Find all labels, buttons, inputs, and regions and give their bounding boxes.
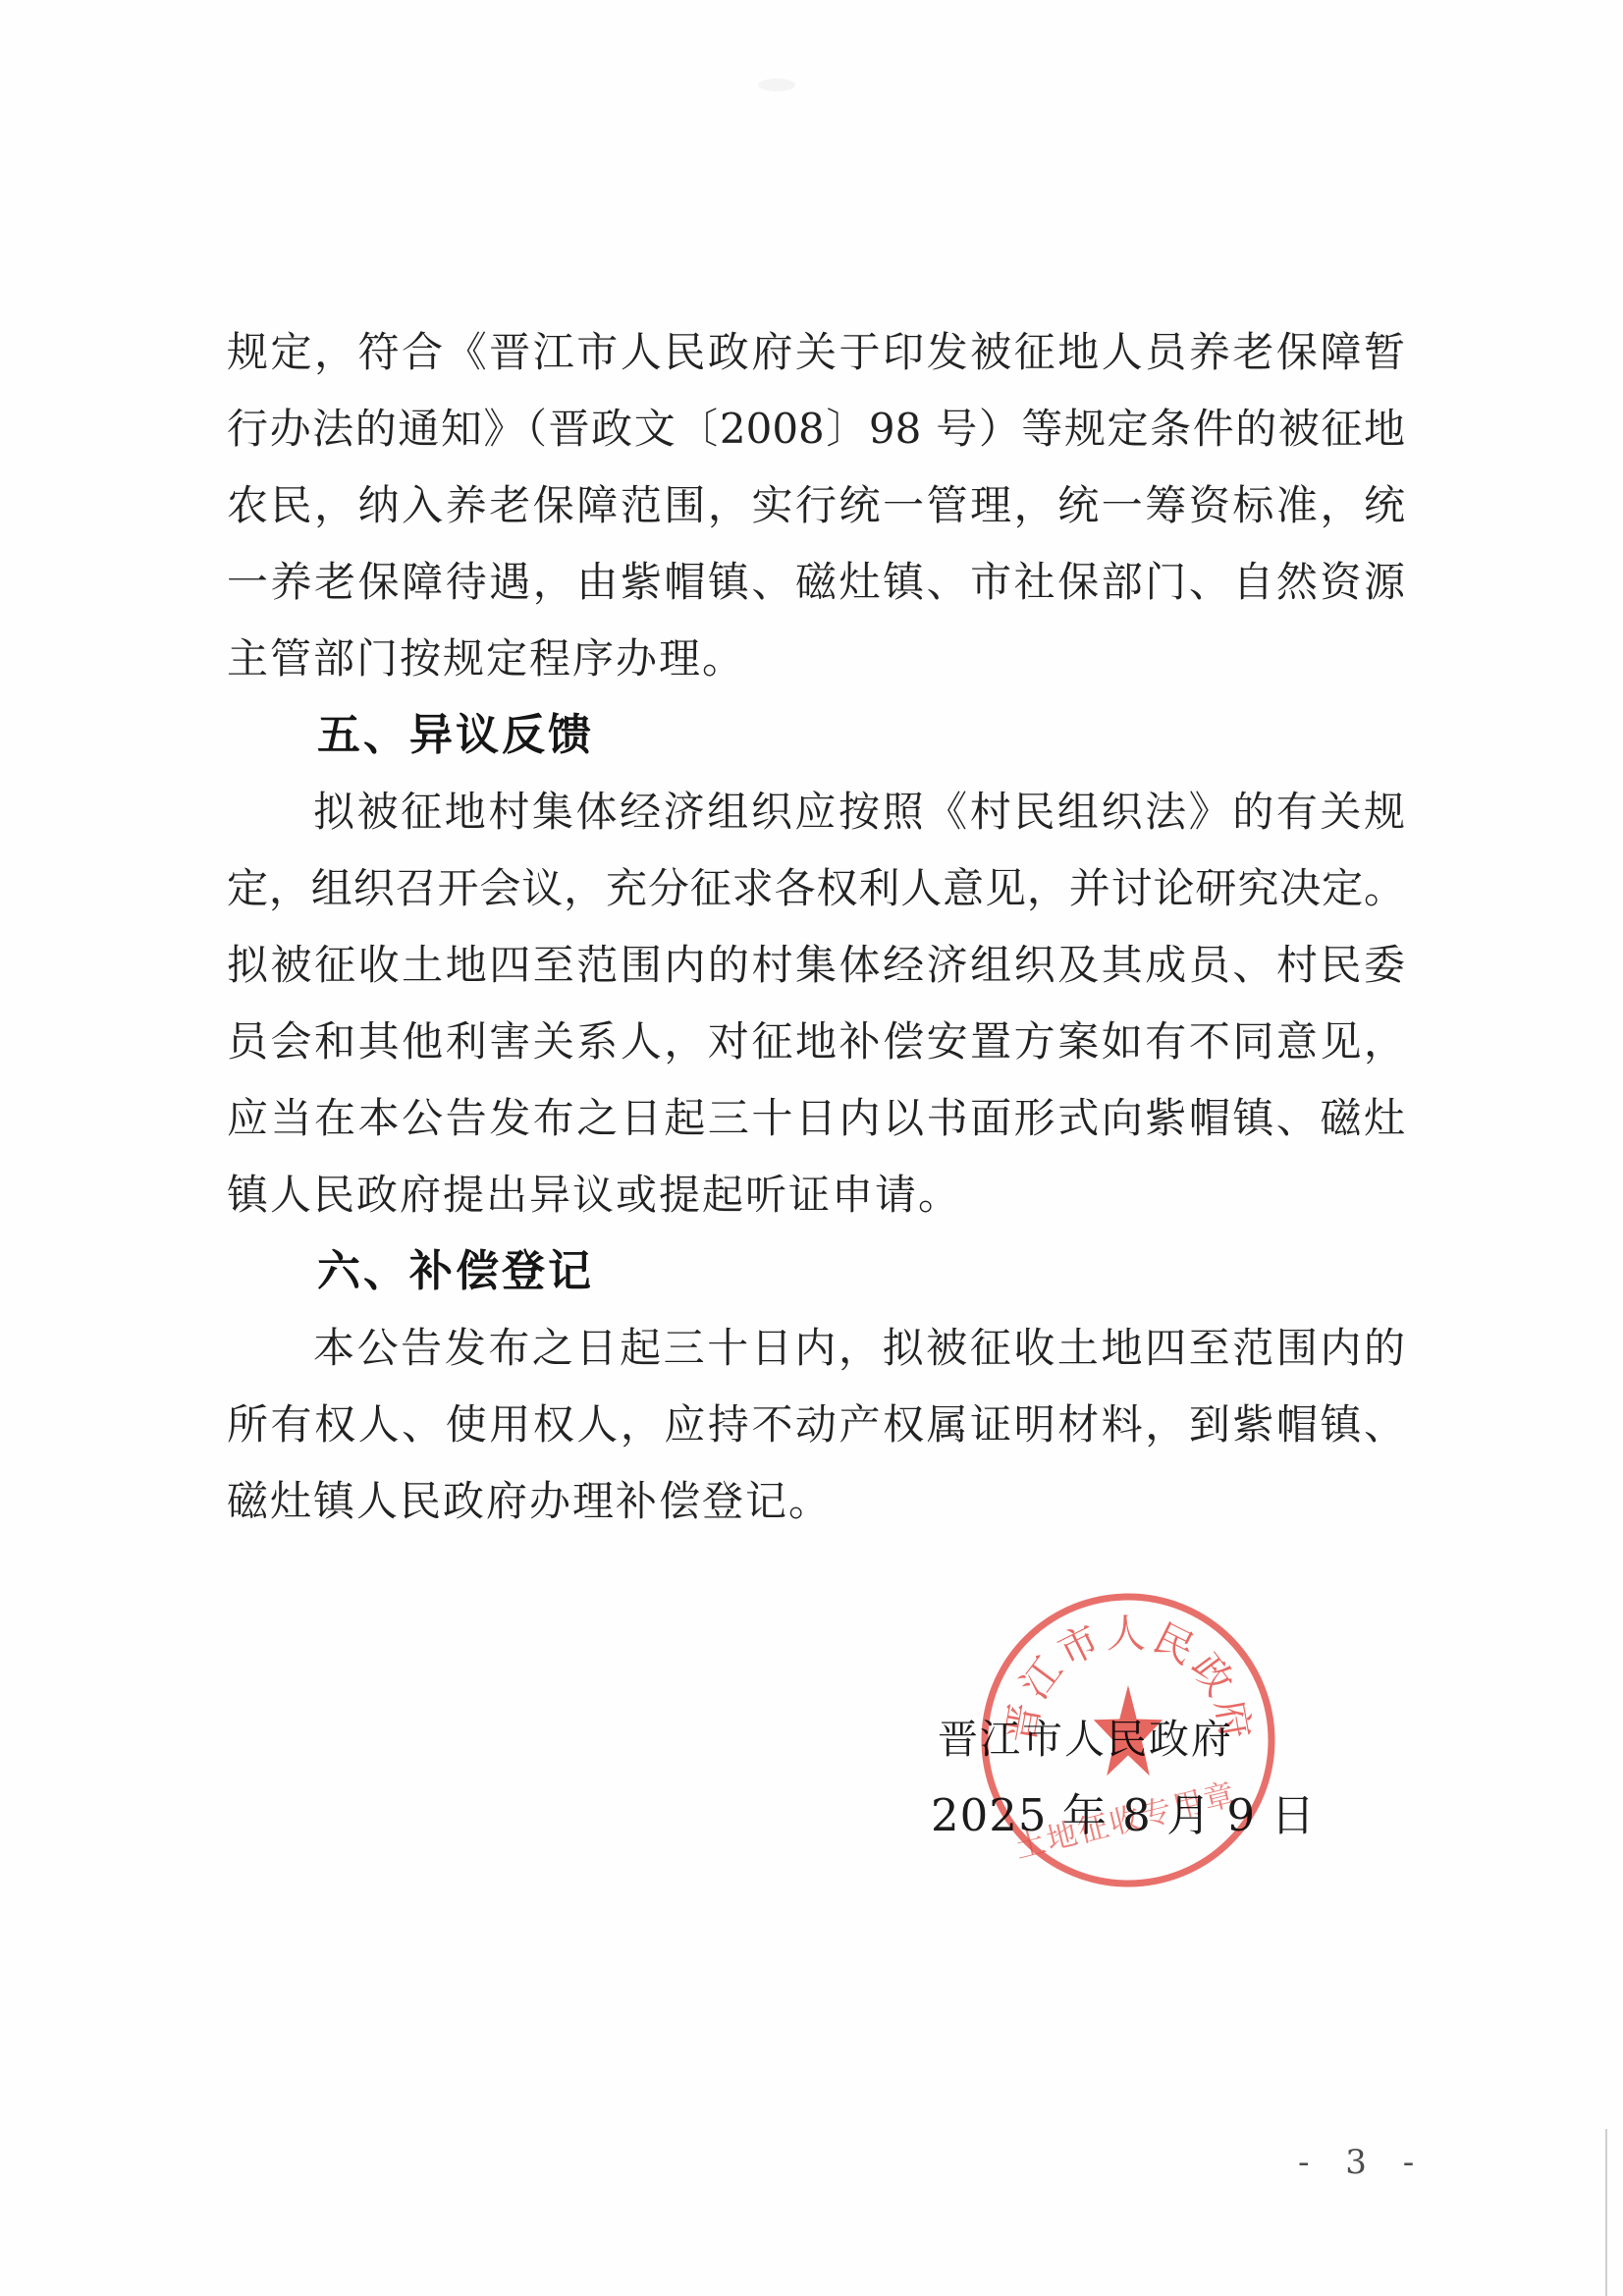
page-number: - 3 -: [1298, 2143, 1422, 2182]
text-line: 员会和其他利害关系人，对征地补偿安置方案如有不同意见，: [227, 1004, 1405, 1080]
document-body: 规定，符合《晋江市人民政府关于印发被征地人员养老保障暂行办法的通知》（晋政文〔2…: [227, 314, 1405, 1540]
text-line: 农民，纳入养老保障范围，实行统一管理，统一筹资标准，统: [227, 467, 1405, 544]
section-heading: 五、异议反馈: [227, 697, 1405, 774]
text-line: 拟被征地村集体经济组织应按照《村民组织法》的有关规: [227, 774, 1405, 850]
text-line: 磁灶镇人民政府办理补偿登记。: [227, 1463, 1405, 1540]
text-line: 所有权人、使用权人，应持不动产权属证明材料，到紫帽镇、: [227, 1387, 1405, 1463]
scan-smudge: [758, 79, 795, 91]
issue-date: 2025 年 8 月 9 日: [931, 1779, 1316, 1843]
text-line: 拟被征收土地四至范围内的村集体经济组织及其成员、村民委: [227, 927, 1405, 1004]
text-line: 主管部门按规定程序办理。: [227, 621, 1405, 697]
text-line: 定，组织召开会议，充分征求各权利人意见，并讨论研究决定。: [227, 850, 1405, 927]
text-line: 规定，符合《晋江市人民政府关于印发被征地人员养老保障暂: [227, 314, 1405, 391]
issuer-name: 晋江市人民政府: [938, 1707, 1233, 1765]
scan-edge-artifact: [1605, 2129, 1607, 2296]
text-line: 行办法的通知》（晋政文〔2008〕98 号）等规定条件的被征地: [227, 391, 1405, 467]
text-line: 一养老保障待遇，由紫帽镇、磁灶镇、市社保部门、自然资源: [227, 544, 1405, 621]
text-line: 应当在本公告发布之日起三十日内以书面形式向紫帽镇、磁灶: [227, 1080, 1405, 1157]
section-heading: 六、补偿登记: [227, 1233, 1405, 1310]
text-line: 本公告发布之日起三十日内，拟被征收土地四至范围内的: [227, 1310, 1405, 1387]
document-page: 规定，符合《晋江市人民政府关于印发被征地人员养老保障暂行办法的通知》（晋政文〔2…: [0, 0, 1623, 2296]
text-line: 镇人民政府提出异议或提起听证申请。: [227, 1157, 1405, 1233]
